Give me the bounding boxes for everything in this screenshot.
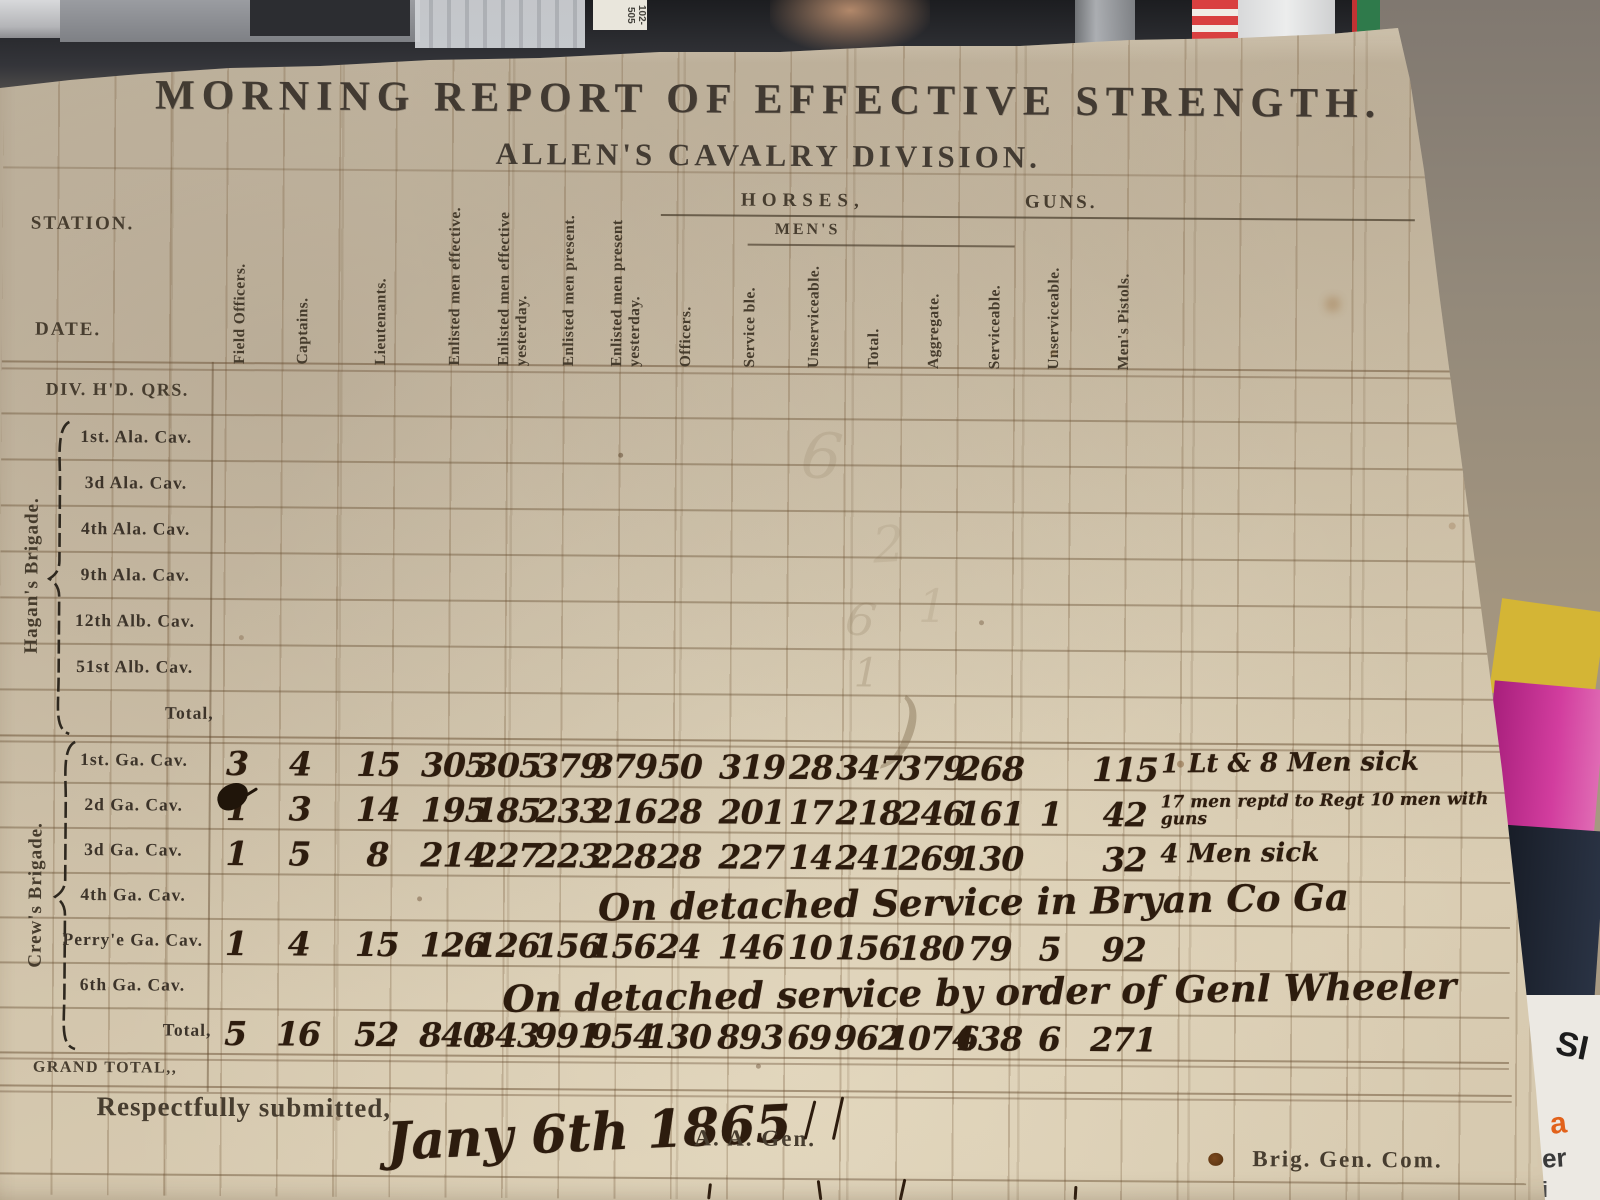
- row-label: 2d Ga. Cav.: [59, 782, 209, 828]
- column-header-wrap: Aggregate.: [925, 167, 944, 369]
- sheet-surface: 6261)1 MORNING REPORT OF EFFECTIVE STREN…: [0, 0, 1600, 1200]
- column-header-wrap: Enlisted men effective.: [446, 164, 465, 366]
- column-header: Unserviceable.: [805, 166, 824, 368]
- ghost-mark: 1: [918, 579, 948, 633]
- ghost-mark: 6: [797, 418, 846, 496]
- column-header: Aggregate.: [925, 167, 944, 369]
- column-header: Captains.: [294, 162, 313, 364]
- column-header-wrap: Men's Pistols.: [1115, 168, 1134, 370]
- ghost-mark: 1: [853, 650, 879, 696]
- data-cell: 15: [355, 911, 399, 964]
- data-cell: 5: [288, 820, 310, 873]
- brigade-name: Crew's Brigade.: [24, 743, 48, 1047]
- column-header: Enlisted men present yesterday.: [608, 165, 645, 367]
- row-label: 3d Ga. Cav.: [58, 827, 208, 873]
- photographed-report-scene: 102-505 SI a er Di 6261)1 MORNING REPORT…: [0, 0, 1600, 1200]
- column-header-wrap: Officers.: [677, 165, 696, 367]
- grand-total-label: GRAND TOTAL,,: [33, 1059, 178, 1078]
- column-header-wrap: Lieutenants.: [372, 163, 391, 365]
- data-cell: 180: [898, 915, 964, 968]
- div-hd-qrs-label: DIV. H'D. QRS.: [46, 379, 189, 401]
- data-cell: 271: [1090, 1006, 1156, 1059]
- data-cell: 6: [1038, 1006, 1060, 1059]
- column-header: Field Officers.: [231, 162, 250, 364]
- row-label: Perry'e Ga. Cav.: [58, 917, 208, 963]
- data-cell: 8: [366, 821, 388, 874]
- data-cell: 5: [224, 1000, 246, 1053]
- report-title: MORNING REPORT OF EFFECTIVE STRENGTH.: [114, 71, 1424, 128]
- data-cell: 843: [473, 1002, 539, 1055]
- date-label: DATE.: [35, 319, 101, 341]
- station-label: STATION.: [31, 213, 135, 236]
- data-cell: 32: [1102, 826, 1146, 879]
- ghost-mark: 2: [871, 515, 906, 575]
- data-cell: 227: [718, 823, 784, 876]
- tape-label: 102-505: [593, 0, 647, 30]
- data-cell: 5: [1039, 916, 1061, 969]
- data-cell: 130: [957, 825, 1023, 878]
- column-header: Men's Pistols.: [1115, 168, 1134, 370]
- data-cell: 16: [276, 1000, 320, 1053]
- data-cell: 1: [1040, 781, 1062, 834]
- column-header-wrap: Enlisted men present.: [560, 164, 579, 366]
- data-cell: 4: [288, 910, 310, 963]
- data-cell: 227: [474, 822, 540, 875]
- brigade-name: Hagan's Brigade.: [20, 423, 44, 729]
- column-header-wrap: Unserviceable.: [805, 166, 824, 368]
- brigadier-general-label: Brig. Gen. Com.: [1252, 1146, 1443, 1173]
- column-header: Total.: [865, 166, 884, 368]
- column-header-wrap: Captains.: [294, 162, 313, 364]
- data-cell: 228: [590, 823, 656, 876]
- fragment-text-a: a: [1548, 1106, 1568, 1142]
- remark-note: 17 men reptd to Regt 10 men with guns: [1161, 791, 1506, 829]
- data-cell: 156: [590, 913, 656, 966]
- data-cell: 69: [787, 1004, 831, 1057]
- column-header: Officers.: [677, 165, 696, 367]
- column-header: Lieutenants.: [372, 163, 391, 365]
- column-header-wrap: Service ble.: [741, 166, 760, 368]
- column-header: Enlisted men present.: [560, 164, 579, 366]
- row-label: 6th Ga. Cav.: [57, 962, 207, 1008]
- row-label: 4th Ala. Cav.: [60, 505, 210, 552]
- row-label: 3d Ala. Cav.: [61, 459, 211, 506]
- column-header-wrap: Enlisted men present yesterday.: [608, 165, 645, 367]
- data-cell: 893: [717, 1003, 783, 1056]
- clear-case: [415, 0, 585, 48]
- data-cell: 1: [225, 910, 247, 963]
- data-cell: 24: [657, 913, 701, 966]
- data-cell: 146: [718, 913, 784, 966]
- column-header: Unserviceable.: [1045, 168, 1064, 370]
- column-header-wrap: Total.: [865, 166, 884, 368]
- data-cell: 241: [835, 824, 901, 877]
- column-header-wrap: Field Officers.: [231, 162, 250, 364]
- cassette-case: [250, 0, 410, 36]
- ink-dot: [1208, 1153, 1223, 1166]
- red-striped-box: [1192, 0, 1238, 42]
- data-cell: 638: [956, 1005, 1022, 1058]
- row-label: 4th Ga. Cav.: [58, 872, 208, 918]
- data-cell: 10: [788, 914, 832, 967]
- column-header-wrap: Serviceable.: [986, 167, 1005, 369]
- fragment-text-si: SI: [1552, 1024, 1592, 1069]
- data-cell: 79: [968, 915, 1012, 968]
- data-cell: 92: [1102, 916, 1146, 969]
- remark-note: 1 Lt & 8 Men sick: [1161, 748, 1506, 778]
- row-label: 12th Alb. Cav.: [60, 597, 210, 644]
- row-label: 1st. Ga. Cav.: [59, 737, 209, 783]
- column-header-wrap: Unserviceable.: [1045, 168, 1064, 370]
- data-cell: 156: [835, 914, 901, 967]
- hagan-brigade-name-wrap: Hagan's Brigade.: [20, 423, 44, 729]
- row-label: 51st Alb. Cav.: [60, 643, 210, 690]
- column-header: Enlisted men effective yesterday.: [495, 164, 532, 366]
- data-cell: 14: [788, 824, 832, 877]
- column-header: Enlisted men effective.: [446, 164, 465, 366]
- data-cell: 52: [354, 1001, 398, 1054]
- adjutant-general-label: A. A. Gen.: [694, 1125, 816, 1152]
- data-cell: 1: [225, 820, 247, 873]
- data-cell: 130: [645, 1003, 711, 1056]
- column-header: Service ble.: [741, 166, 760, 368]
- blurred-hand: [770, 0, 930, 52]
- crew-brigade-name-wrap: Crew's Brigade.: [24, 743, 48, 1047]
- data-cell: 126: [474, 912, 540, 965]
- report-sheet: 6261)1 MORNING REPORT OF EFFECTIVE STREN…: [0, 0, 1600, 1200]
- row-label: 9th Ala. Cav.: [60, 551, 210, 598]
- data-cell: 28: [657, 823, 701, 876]
- column-header: Serviceable.: [986, 167, 1005, 369]
- data-cell: 269: [898, 825, 964, 878]
- row-label: 1st. Ala. Cav.: [61, 413, 211, 460]
- submitted-line: Respectfully submitted,: [97, 1091, 392, 1124]
- remark-note: 4 Men sick: [1160, 838, 1505, 868]
- column-header-wrap: Enlisted men effective yesterday.: [495, 164, 532, 366]
- fragment-text-er: er: [1541, 1142, 1568, 1175]
